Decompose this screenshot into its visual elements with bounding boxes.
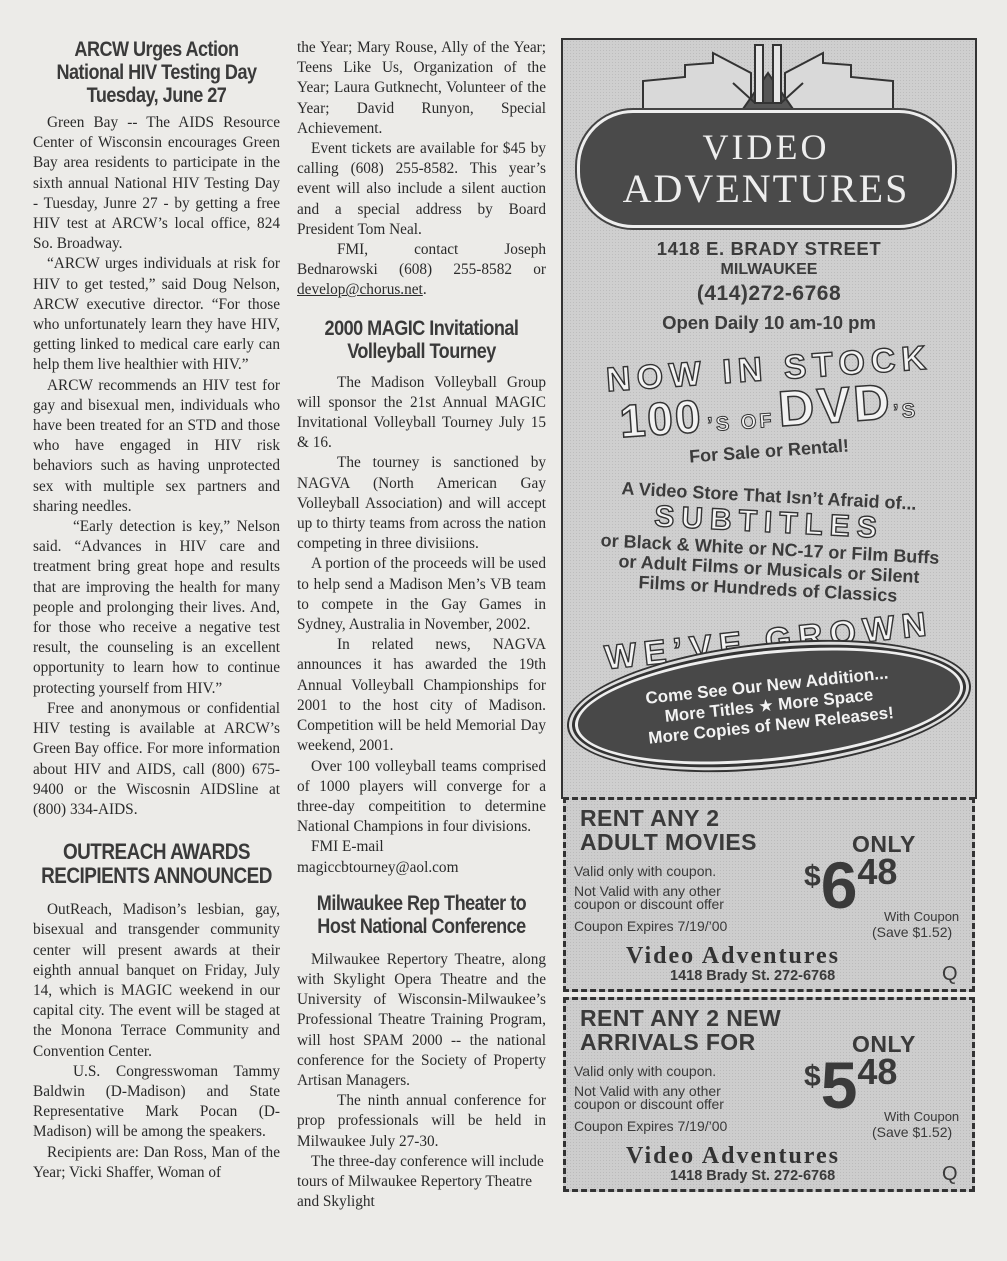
coupon-mark: Q <box>942 1163 958 1186</box>
headline-line: Tuesday, June 27 <box>38 84 275 107</box>
coupon-brand: Video Adventures <box>626 943 840 970</box>
store-phone: (414)272-6768 <box>563 280 975 308</box>
headline-line: Milwaukee Rep Theater to <box>302 892 540 915</box>
paragraph: A portion of the proceeds will be used t… <box>297 554 546 635</box>
paragraph: The tourney is sanctioned by NAGVA (Nort… <box>297 453 546 554</box>
logo: VIDEO ADVENTURES <box>563 40 975 238</box>
column-left: ARCW Urges Action National HIV Testing D… <box>33 38 280 1183</box>
s-of-text: ’S OF <box>707 410 776 437</box>
headline-outreach: OUTREACH AWARDS RECIPIENTS ANNOUNCED <box>38 840 275 888</box>
paragraph: The three-day conference will include to… <box>297 1152 546 1213</box>
valid-text: Valid only with coupon. <box>574 863 716 879</box>
headline-line: Host National Conference <box>302 915 540 938</box>
marquee-icon <box>633 43 903 109</box>
paragraph: Recipients are: Dan Ross, Man of the Yea… <box>33 1143 280 1183</box>
headline-line: OUTREACH AWARDS <box>38 840 275 864</box>
with-coupon: With Coupon <box>884 909 959 924</box>
savings: (Save $1.52) <box>872 1124 952 1140</box>
headline-line: 2000 MAGIC Invitational <box>302 317 540 340</box>
coupon-address: 1418 Brady St. 272-6768 <box>670 1168 835 1184</box>
title-line: RENT ANY 2 <box>580 806 757 830</box>
coupon-title: RENT ANY 2 ADULT MOVIES <box>580 806 757 854</box>
logo-text-adventures: ADVENTURES <box>623 167 910 211</box>
paragraph: Free and anonymous or confidential HIV t… <box>33 699 280 820</box>
coupon-adult-movies[interactable]: RENT ANY 2 ADULT MOVIES ONLY Valid only … <box>563 797 975 992</box>
store-city: MILWAUKEE <box>563 260 975 280</box>
paragraph: the Year; Mary Rouse, Ally of the Year; … <box>297 38 546 139</box>
paragraph: Green Bay -- The AIDS Resource Center of… <box>33 113 280 254</box>
paragraph: “Early detection is key,” Nelson said. “… <box>33 517 280 699</box>
coupon-address: 1418 Brady St. 272-6768 <box>670 968 835 984</box>
punctuation: . <box>423 281 427 298</box>
spacer <box>297 301 546 317</box>
price-dollar: $ <box>804 1060 821 1093</box>
paragraph: ARCW recommends an HIV test for gay and … <box>33 376 280 517</box>
expiry-text: Coupon Expires 7/19/’00 <box>574 1118 727 1134</box>
store-address: 1418 E. BRADY STREET <box>563 238 975 260</box>
paragraph: OutReach, Madison’s lesbian, gay, bisexu… <box>33 900 280 1062</box>
coupon-new-arrivals[interactable]: RENT ANY 2 NEW ARRIVALS FOR ONLY Valid o… <box>563 997 975 1192</box>
dvd-text: DVD <box>776 373 894 437</box>
email-link[interactable]: develop@chorus.net <box>297 281 423 298</box>
expiry-text: Coupon Expires 7/19/’00 <box>574 918 727 934</box>
headline-milwaukee-rep: Milwaukee Rep Theater to Host National C… <box>302 892 540 938</box>
headline-magic: 2000 MAGIC Invitational Volleyball Tourn… <box>302 317 540 363</box>
hundreds-text: 100 <box>618 390 704 448</box>
price-cents: 48 <box>857 1051 897 1092</box>
paragraph: In related news, NAGVA announces it has … <box>297 635 546 756</box>
not-valid-text: Not Valid with any other coupon or disco… <box>574 885 724 911</box>
price-dollar: $ <box>804 860 821 893</box>
headline-line: ARCW Urges Action <box>38 38 275 61</box>
video-adventures-ad: VIDEO ADVENTURES 1418 E. BRADY STREET MI… <box>561 38 977 799</box>
not-valid-line: coupon or discount offer <box>574 1098 724 1111</box>
logo-oval: VIDEO ADVENTURES <box>577 110 955 228</box>
coupon-brand: Video Adventures <box>626 1143 840 1170</box>
coupon-title: RENT ANY 2 NEW ARRIVALS FOR <box>580 1006 781 1054</box>
paragraph: Over 100 volleyball teams comprised of 1… <box>297 757 546 838</box>
paragraph: U.S. Congresswoman Tammy Baldwin (D-Madi… <box>33 1062 280 1143</box>
paragraph: “ARCW urges individuals at risk for HIV … <box>33 254 280 375</box>
price-cents: 48 <box>857 851 897 892</box>
paragraph: FMI E-mail magiccbtourney@aol.com <box>297 837 546 877</box>
store-hours: Open Daily 10 am-10 pm <box>563 308 975 338</box>
savings: (Save $1.52) <box>872 924 952 940</box>
paragraph: The ninth annual conference for prop pro… <box>297 1091 546 1152</box>
fmi-text: FMI, contact Joseph Bednarowski (608) 25… <box>297 241 546 278</box>
valid-text: Valid only with coupon. <box>574 1063 716 1079</box>
paragraph: The Madison Volleyball Group will sponso… <box>297 373 546 454</box>
headline-line: National HIV Testing Day <box>38 61 275 84</box>
paragraph: FMI, contact Joseph Bednarowski (608) 25… <box>297 240 546 301</box>
title-line: ARRIVALS FOR <box>580 1030 781 1054</box>
price-main: 5 <box>821 1048 858 1122</box>
spacer <box>297 878 546 892</box>
spacer <box>33 820 280 840</box>
not-valid-text: Not Valid with any other coupon or disco… <box>574 1085 724 1111</box>
title-line: ADULT MOVIES <box>580 830 757 854</box>
price-main: 6 <box>821 848 858 922</box>
not-valid-line: coupon or discount offer <box>574 898 724 911</box>
logo-text-video: VIDEO <box>703 127 830 167</box>
column-middle: the Year; Mary Rouse, Ally of the Year; … <box>297 38 546 1212</box>
with-coupon: With Coupon <box>884 1109 959 1124</box>
headline-line: Volleyball Tourney <box>302 340 540 363</box>
coupon-mark: Q <box>942 963 958 986</box>
paragraph: Event tickets are available for $45 by c… <box>297 139 546 240</box>
dvd-suffix: ’S <box>893 400 919 424</box>
headline-arcw: ARCW Urges Action National HIV Testing D… <box>38 38 275 107</box>
paragraph: Milwaukee Repertory Theatre, along with … <box>297 950 546 1091</box>
headline-line: RECIPIENTS ANNOUNCED <box>38 864 275 888</box>
title-line: RENT ANY 2 NEW <box>580 1006 781 1030</box>
